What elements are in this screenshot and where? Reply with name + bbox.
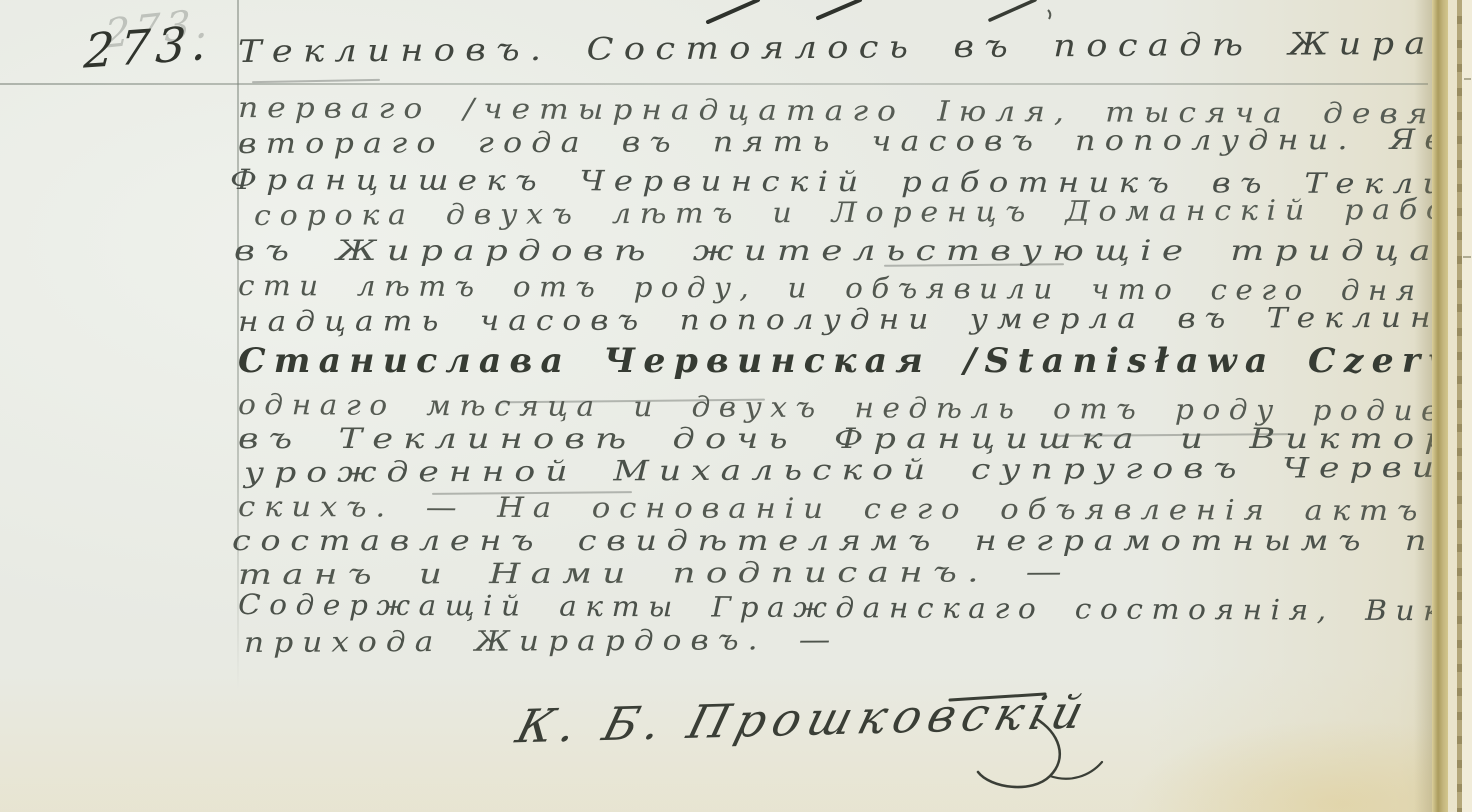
text-line: урожденной Михальской супруговъ Червин- xyxy=(244,451,1472,489)
adjacent-page-text-fragment xyxy=(1463,256,1471,258)
text-line: въ Теклиновѣ дочь Францишка и Викторіи xyxy=(238,422,1472,455)
text-line: скихъ. — На основаніи сего объявленія ак… xyxy=(238,490,1472,528)
text-line: Содержащій акты Гражданскаго состоянія, … xyxy=(238,588,1472,628)
text-line: въ Жирардовѣ жительствующіе тридцати ше- xyxy=(234,234,1472,267)
record-number: 273. xyxy=(82,15,214,79)
text-line: танъ и Нами подписанъ. — xyxy=(238,555,1072,591)
record-text: Теклиновъ. Состоялось въ посадѣ Жирардов… xyxy=(238,30,1438,730)
stray-pen-strokes xyxy=(690,0,1070,24)
text-line: Станислава Червинская /Stanisława Czerwi… xyxy=(238,341,1472,381)
signature-flourish xyxy=(940,688,1110,803)
text-line: прихода Жирардовъ. — xyxy=(244,623,839,659)
page-edge-binding xyxy=(1432,0,1448,812)
binding-shadow xyxy=(1414,0,1432,812)
adjacent-page-text-fragment xyxy=(1464,78,1471,80)
next-page-sliver xyxy=(1462,0,1472,812)
text-line: Теклиновъ. Состоялось въ посадѣ Жирардов… xyxy=(238,24,1472,70)
text-line: сорока двухъ лѣтъ и Лоренцъ Доманскій ра… xyxy=(254,192,1472,232)
register-page: 273. 273. Теклиновъ. Состоялось въ посад… xyxy=(0,0,1472,812)
text-line: втораго года въ пять часовъ пополудни. Я… xyxy=(238,122,1472,160)
text-line: надцать часовъ пополудни умерла въ Текли… xyxy=(238,300,1472,338)
page-edge-gap xyxy=(1448,0,1457,812)
text-line: составленъ свидѣтелямъ неграмотнымъ проч… xyxy=(232,524,1472,557)
